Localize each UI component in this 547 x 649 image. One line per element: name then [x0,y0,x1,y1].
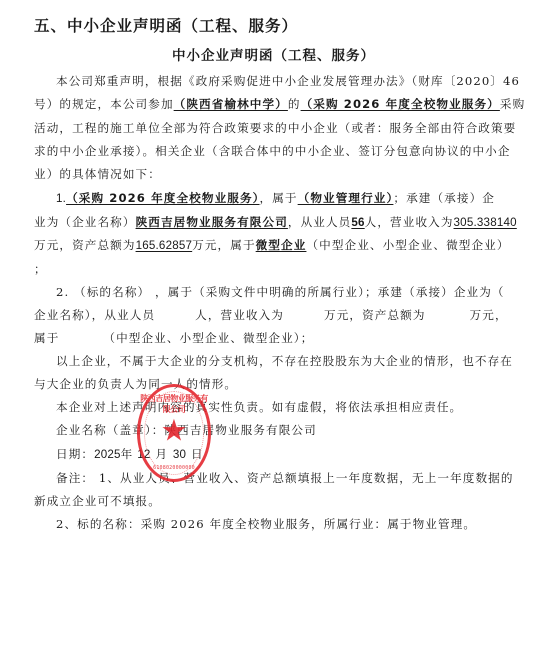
item1-revenue: 305.338140 [454,216,517,229]
item1-line-2: 业为（企业名称）陕西吉居物业服务有限公司，从业人员56人，营业收入为305.33… [34,214,494,231]
item1-enterprise-size: 微型企业 [256,238,307,252]
declaration-line-2: 与大企业的负责人为同一人的情形。 [34,376,494,392]
notes-line-3: 2、标的名称：采购 2026 年度全校物业服务，所属行业：属于物业管理。 [56,516,494,532]
intro-line-3: 活动，工程的施工单位全部为符合政策要求的中小企业（或者：服务全部由符合政策要 [34,120,494,136]
item2-text: 人，营业收入为 [195,308,284,322]
item1-company: 陕西吉居物业服务有限公司 [136,215,288,229]
item2-text: （中型企业、小型企业、微型企业）； [103,331,313,345]
signature-date: 日期：2025年 12 月 30 日 [56,446,494,463]
notes-line-1: 备注： 1、从业人员、营业收入、资产总额填报上一年度数据，无上一年度数据的 [56,470,494,486]
item2-text: 万元， [470,308,508,322]
item1-line-3: 万元，资产总额为165.62857万元，属于微型企业（中型企业、小型企业、微型企… [34,237,494,254]
date-label: 日期： [56,447,94,461]
item2-line-2: 企业名称），从业人员人，营业收入为万元，资产总额为万元， [34,307,494,323]
intro-line-1: 本公司郑重声明，根据《政府采购促进中小企业发展管理办法》（财库〔2020〕46 [56,73,494,89]
item1-text: 业为（企业名称） [34,215,136,229]
item1-employees: 56 [351,216,364,229]
date-year: 2025年 [94,448,132,461]
item1-text: 人，营业收入为 [365,215,454,229]
declaration-line-3: 本企业对上述声明内容的真实性负责。如有虚假，将依法承担相应责任。 [56,399,494,415]
company-seal: 陕西吉居物业服务有限公司 ★ 6108020000000 [137,384,211,482]
document-title: 中小企业声明函（工程、服务） [0,44,547,64]
intro-text: 的 [288,97,301,111]
item1-number: 1. [56,192,66,205]
item1-line-1: 1.（采购 2026 年度全校物业服务），属于（物业管理行业）；承建（承接）企 [56,190,494,207]
document-page: 五、中小企业声明函（工程、服务） 中小企业声明函（工程、服务） 本公司郑重声明，… [0,0,547,649]
seal-text: 陕西吉居物业服务有限公司 [140,393,208,415]
intro-text: 采购 [500,97,525,111]
item1-text: ，从业人员 [288,215,351,229]
intro-text: 号）的规定，本公司参加 [34,97,174,111]
intro-line-2: 号）的规定，本公司参加（陕西省榆林中学）的（采购 2026 年度全校物业服务）采… [34,96,494,112]
item1-text: （中型企业、小型企业、微型企业） [306,238,509,252]
item1-text: 万元，资产总额为 [34,238,136,252]
item1-project: （采购 2026 年度全校物业服务） [66,191,259,205]
item2-text: 企业名称），从业人员 [34,308,155,322]
item1-text: 万元，属于 [192,238,255,252]
item1-text: ；承建（承接）企 [393,191,495,205]
purchaser-name: （陕西省榆林中学） [174,97,288,111]
item1-assets: 165.62857 [136,239,193,252]
section-title: 五、中小企业声明函（工程、服务） [34,14,298,36]
item2-line-1: 2. （标的名称） ，属于（采购文件中明确的所属行业）；承建（承接）企业为（ [56,284,494,300]
item1-text: ，属于 [260,191,298,205]
project-name: （采购 2026 年度全校物业服务） [301,97,500,111]
item1-line-4: ； [34,261,494,277]
notes-line-2: 新成立企业可不填报。 [34,493,494,509]
intro-line-5: 业）的具体情况如下： [34,166,494,182]
item1-industry: （物业管理行业） [298,191,394,205]
signature-company: 企业名称（盖章）：陕西吉居物业服务有限公司 [56,422,494,438]
item2-text: 万元，资产总额为 [324,308,426,322]
seal-code: 6108020000000 [140,465,208,471]
intro-line-4: 求的中小企业承接）。相关企业（含联合体中的中小企业、签订分包意向协议的中小企 [34,143,494,159]
item2-text: 属于 [34,331,59,345]
star-icon: ★ [161,417,188,447]
item2-line-3: 属于（中型企业、小型企业、微型企业）； [34,330,494,346]
declaration-line-1: 以上企业，不属于大企业的分支机构，不存在控股股东为大企业的情形，也不存在 [56,353,494,369]
